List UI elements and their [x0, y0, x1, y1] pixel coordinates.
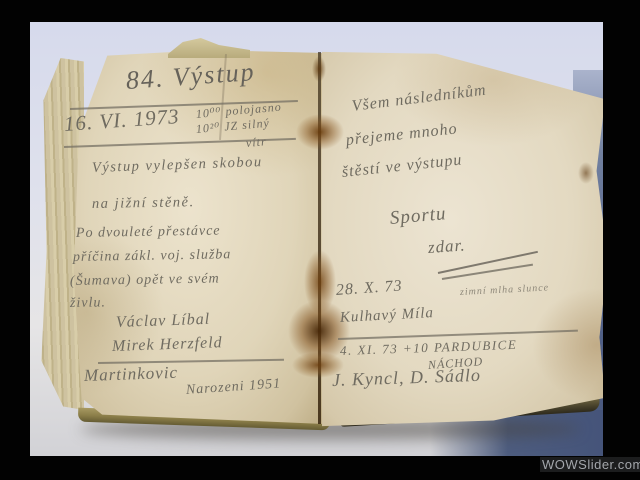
- notebook-photo: 84. Výstup 16. VI. 1973 10⁰⁰ polojasno 1…: [30, 22, 603, 456]
- signature: Václav Líbal: [116, 311, 211, 332]
- body-line: příčina zákl. voj. služba: [73, 247, 232, 266]
- rust-stain: [296, 114, 344, 150]
- rust-stain: [578, 162, 594, 184]
- torn-paper-flap: [168, 38, 250, 58]
- signature: Mirek Herzfeld: [112, 334, 223, 356]
- body-line: na jižní stěně.: [92, 194, 195, 213]
- footer-name: Martinkovic: [84, 363, 179, 386]
- body-line: Po dvouleté přestávce: [76, 223, 221, 242]
- salute-line: zdar.: [427, 235, 466, 258]
- body-line: živlu.: [70, 295, 106, 312]
- body-line: (Šumava) opět ve svém: [70, 271, 220, 290]
- rust-stain: [312, 56, 326, 82]
- watermark-link[interactable]: WOWSlider.com: [540, 457, 640, 472]
- weather-line: vítr: [245, 134, 267, 151]
- photo-frame: 84. Výstup 16. VI. 1973 10⁰⁰ polojasno 1…: [0, 0, 640, 480]
